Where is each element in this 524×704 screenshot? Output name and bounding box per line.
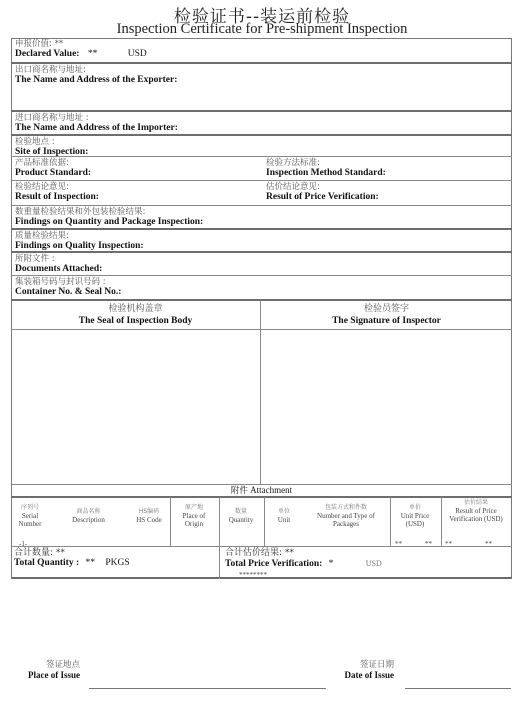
declared-value-amount: **: [88, 49, 98, 59]
method-standard-label: Inspection Method Standard:: [266, 168, 386, 179]
inspector-signature-area: 检验员签字 The Signature of Inspector: [261, 304, 512, 327]
documents-label: Documents Attached:: [15, 264, 102, 275]
declared-value-row: 申报价值: ** Declared Value: ** USD: [11, 38, 512, 62]
seal-label: The Seal of Inspection Body: [11, 316, 260, 327]
column-unit: 单位 Unit: [269, 508, 299, 524]
column-divider: [170, 497, 171, 546]
attachment-title-row: 附件 Attachment: [11, 484, 512, 496]
total-price-label-cn: 合计估价结果: **: [225, 548, 382, 558]
place-of-issue-field[interactable]: [89, 688, 326, 689]
totals-row: 合计数量: ** Total Quantity : ** PKGS 合计估价结果…: [11, 546, 512, 579]
standards-row: 产品标准依据: Product Standard: 检验方法标准: Inspec…: [11, 156, 512, 180]
column-divider: [264, 497, 265, 546]
result-price-label-cn: 估价结论意见:: [266, 182, 379, 192]
product-standard-label-cn: 产品标准依据:: [15, 158, 91, 168]
column-description: 商品名称 Description: [66, 508, 111, 524]
exporter-label-cn: 出口商名称与地址:: [15, 65, 177, 75]
column-unit-price: 单价 Unit Price (USD): [391, 504, 439, 528]
container-label: Container No. & Seal No.:: [15, 287, 121, 298]
place-of-issue-label: 签证地点 Place of Issue: [10, 660, 80, 681]
column-packages: 包装方式和件数 Number and Type of Packages: [311, 504, 381, 528]
certificate-title-en: Inspection Certificate for Pre-shipment …: [0, 21, 524, 38]
findings-quantity-row: 数重量检验结果和外包装检验结果: Findings on Quantity an…: [11, 205, 512, 228]
date-of-issue-label: 签证日期 Date of Issue: [320, 660, 394, 681]
total-quantity: 合计数量: ** Total Quantity : ** PKGS: [14, 548, 130, 569]
container-row: 集装箱号码与封识号码 : Container No. & Seal No.:: [11, 275, 512, 299]
seal-area: 检验机构盖章 The Seal of Inspection Body: [11, 304, 260, 327]
findings-quantity-label: Findings on Quantity and Package Inspect…: [15, 217, 203, 228]
exporter-row: 出口商名称与地址: The Name and Address of the Ex…: [11, 62, 512, 110]
findings-quality-row: 质量检验结果: Findings on Quality Inspection:: [11, 228, 512, 251]
total-price-note: ********: [239, 571, 382, 579]
inspector-label-cn: 检验员签字: [261, 304, 512, 314]
findings-quantity-label-cn: 数重量检验结果和外包装检验结果:: [15, 207, 203, 217]
result-inspection-label-cn: 检验结论意见:: [15, 182, 99, 192]
exporter-label: The Name and Address of the Exporter:: [15, 75, 177, 86]
total-price-label: Total Price Verification: * USD: [225, 558, 382, 570]
column-price-verification: 估价结果 Result of Price Verification (USD): [441, 499, 511, 523]
attachment-table: 序列号 Serial Number 商品名称 Description HS编码 …: [11, 496, 512, 546]
results-row: 检验结论意见: Result of Inspection: 估价结论意见: Re…: [11, 180, 512, 205]
declared-value-currency: USD: [128, 49, 147, 59]
documents-label-cn: 所附文件 :: [15, 254, 102, 264]
column-divider: [390, 497, 391, 546]
total-quantity-label: Total Quantity : ** PKGS: [14, 558, 130, 569]
declared-value-label-cn: 申报价值: **: [15, 39, 147, 49]
total-price: 合计估价结果: ** Total Price Verification: * U…: [225, 548, 382, 579]
result-price-label: Result of Price Verification:: [266, 192, 379, 203]
importer-row: 进口商名称与地址 : The Name and Address of the I…: [11, 110, 512, 134]
result-inspection-label: Result of Inspection:: [15, 192, 99, 203]
column-quantity: 数量 Quantity: [219, 508, 263, 524]
column-divider: [441, 497, 442, 546]
product-standard-label: Product Standard:: [15, 168, 91, 179]
signature-row: 检验机构盖章 The Seal of Inspection Body 检验员签字…: [11, 299, 512, 484]
signature-divider: [260, 300, 261, 484]
column-hs-code: HS编码 HS Code: [129, 508, 169, 524]
inspector-label: The Signature of Inspector: [261, 316, 512, 327]
column-place-of-origin: 原产地 Place of Origin: [170, 504, 218, 528]
signature-header-divider: [11, 329, 512, 330]
findings-quality-label-cn: 质量检验结果:: [15, 231, 144, 241]
importer-label: The Name and Address of the Importer:: [15, 123, 178, 134]
container-label-cn: 集装箱号码与封识号码 :: [15, 277, 121, 287]
seal-label-cn: 检验机构盖章: [11, 304, 260, 314]
importer-label-cn: 进口商名称与地址 :: [15, 113, 178, 123]
site-label-cn: 检验地点 :: [15, 137, 88, 147]
site-row: 检验地点 : Site of Inspection:: [11, 134, 512, 156]
documents-row: 所附文件 : Documents Attached:: [11, 251, 512, 275]
date-of-issue-field[interactable]: [405, 688, 511, 689]
method-standard-label-cn: 检验方法标准:: [266, 158, 386, 168]
column-serial-number: 序列号 Serial Number: [15, 504, 45, 528]
total-quantity-label-cn: 合计数量: **: [14, 548, 130, 558]
declared-value-label: Declared Value: ** USD: [15, 49, 147, 60]
